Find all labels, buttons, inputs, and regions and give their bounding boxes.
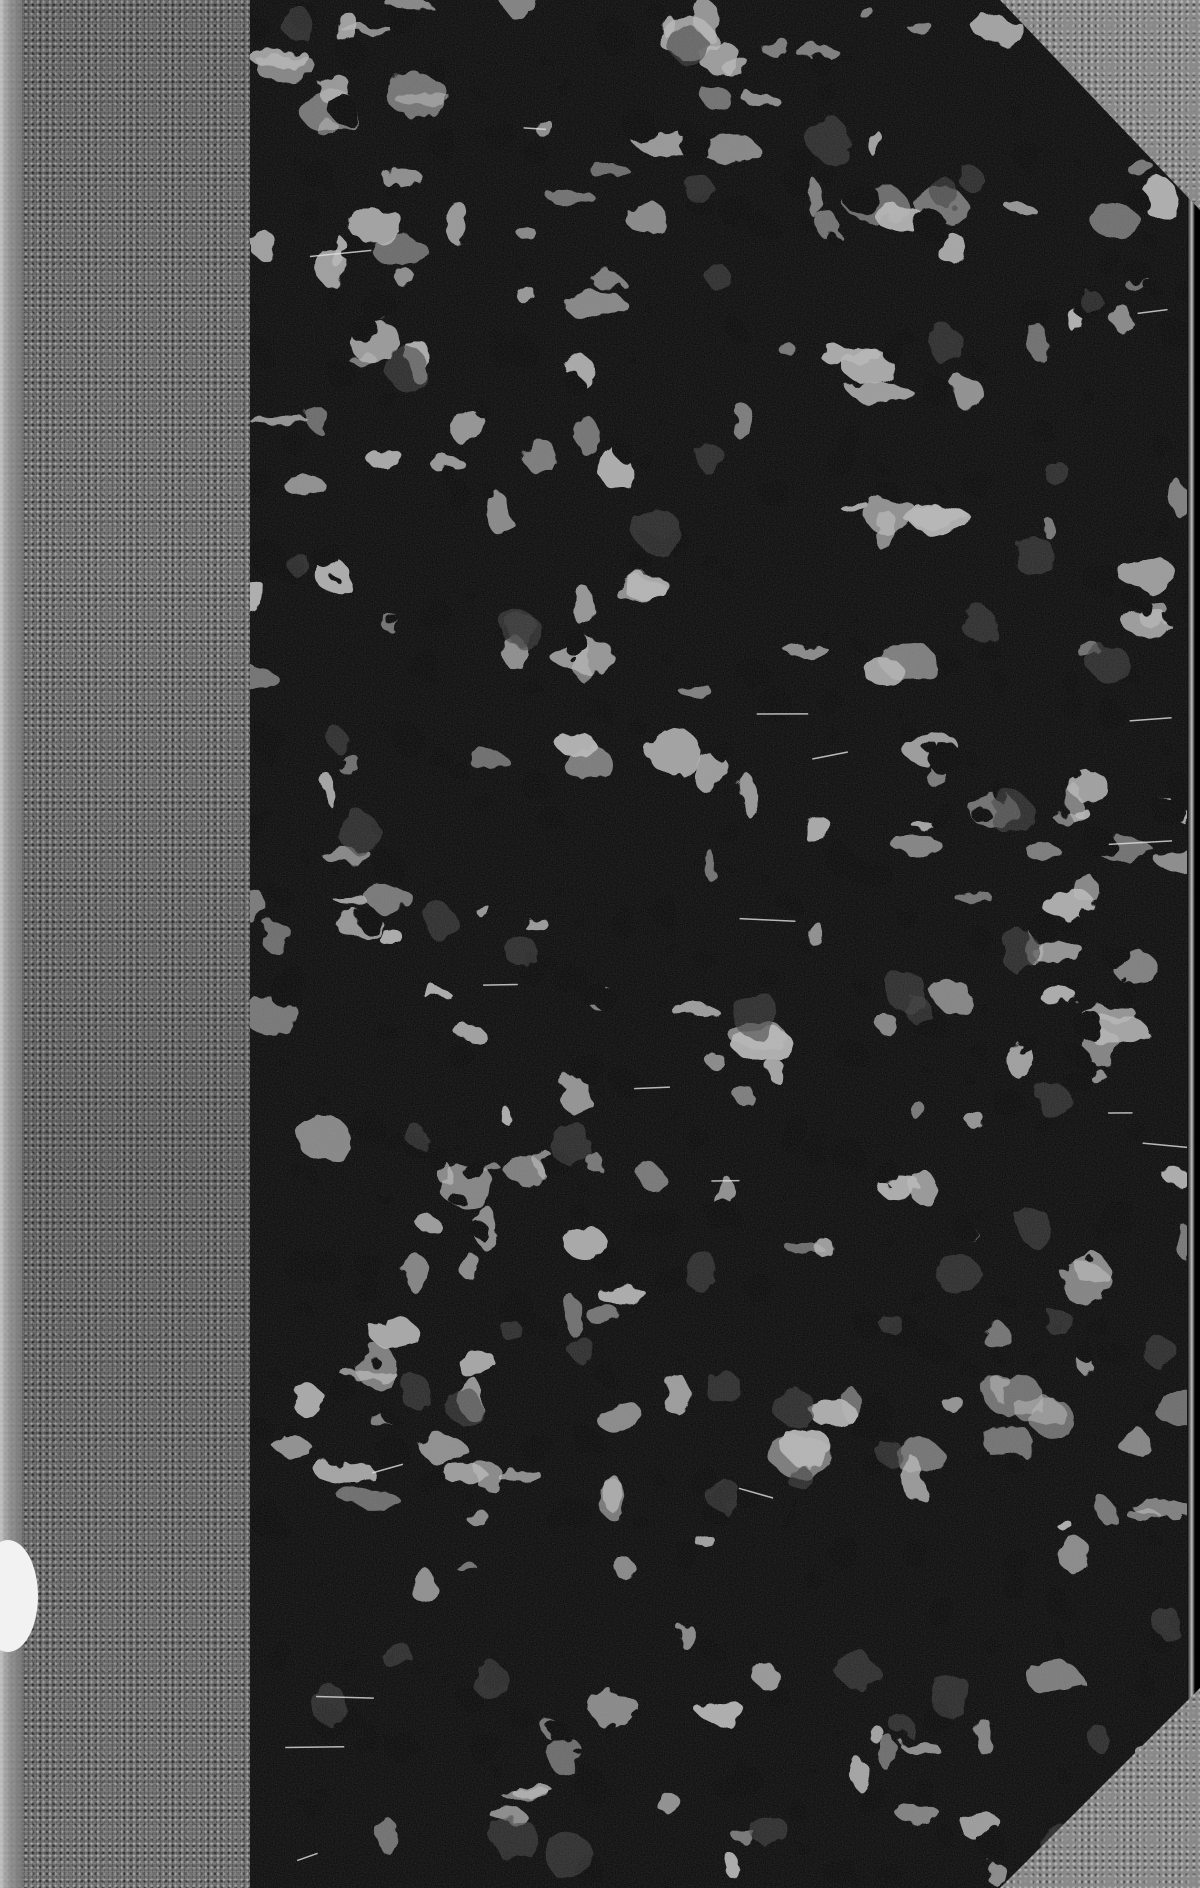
book-cover — [0, 0, 1200, 1888]
cloth-spine — [0, 0, 252, 1888]
spine-shading — [22, 0, 252, 1888]
board-right-edge — [1187, 0, 1195, 1888]
marbled-board — [250, 0, 1195, 1888]
marbling-pattern — [250, 0, 1195, 1888]
